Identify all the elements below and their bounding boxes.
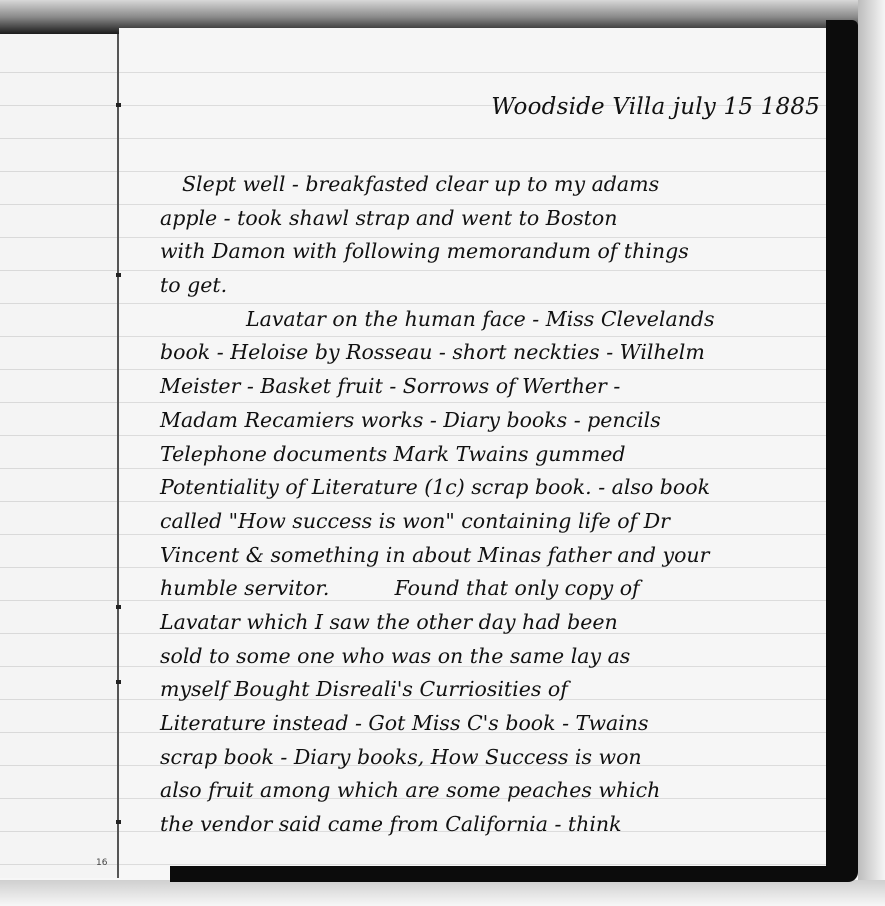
entry-line: Vincent & something in about Minas fathe… — [160, 539, 820, 573]
entry-line: Madam Recamiers works - Diary books - pe… — [160, 404, 820, 438]
book-cover-right-edge — [826, 20, 858, 880]
entry-line: Potentiality of Literature (1c) scrap bo… — [160, 471, 820, 505]
entry-line: apple - took shawl strap and went to Bos… — [160, 202, 820, 236]
background-right — [858, 0, 885, 906]
entry-line: called "How success is won" containing l… — [160, 505, 820, 539]
entry-line: humble servitor. Found that only copy of — [160, 572, 820, 606]
binding-stitch — [116, 605, 121, 609]
binding-stitch — [116, 820, 121, 824]
binding-stitch — [116, 103, 121, 107]
left-page — [0, 34, 118, 878]
entry-line: to get. — [160, 269, 820, 303]
entry-line: Lavatar on the human face - Miss Clevela… — [160, 303, 820, 337]
binding-stitch — [116, 273, 121, 277]
entry-line: Slept well - breakfasted clear up to my … — [160, 168, 820, 202]
entry-line: the vendor said came from California - t… — [160, 808, 820, 842]
background-bottom — [0, 880, 885, 906]
entry-line: with Damon with following memorandum of … — [160, 235, 820, 269]
page-number: 16 — [96, 858, 107, 868]
entry-line: Telephone documents Mark Twains gummed — [160, 438, 820, 472]
diary-entry: Slept well - breakfasted clear up to my … — [160, 168, 820, 842]
entry-line: Meister - Basket fruit - Sorrows of Wert… — [160, 370, 820, 404]
entry-line: Literature instead - Got Miss C's book -… — [160, 707, 820, 741]
dateline: Woodside Villa july 15 1885 — [430, 94, 820, 120]
entry-line: also fruit among which are some peaches … — [160, 774, 820, 808]
binding-stitch — [116, 680, 121, 684]
entry-line: sold to some one who was on the same lay… — [160, 640, 820, 674]
entry-line: scrap book - Diary books, How Success is… — [160, 741, 820, 775]
entry-line: book - Heloise by Rosseau - short neckti… — [160, 336, 820, 370]
entry-line: Lavatar which I saw the other day had be… — [160, 606, 820, 640]
entry-line: myself Bought Disreali's Curriosities of — [160, 673, 820, 707]
book-cover-bottom-edge — [170, 866, 858, 882]
book-spine-gutter — [117, 34, 119, 878]
